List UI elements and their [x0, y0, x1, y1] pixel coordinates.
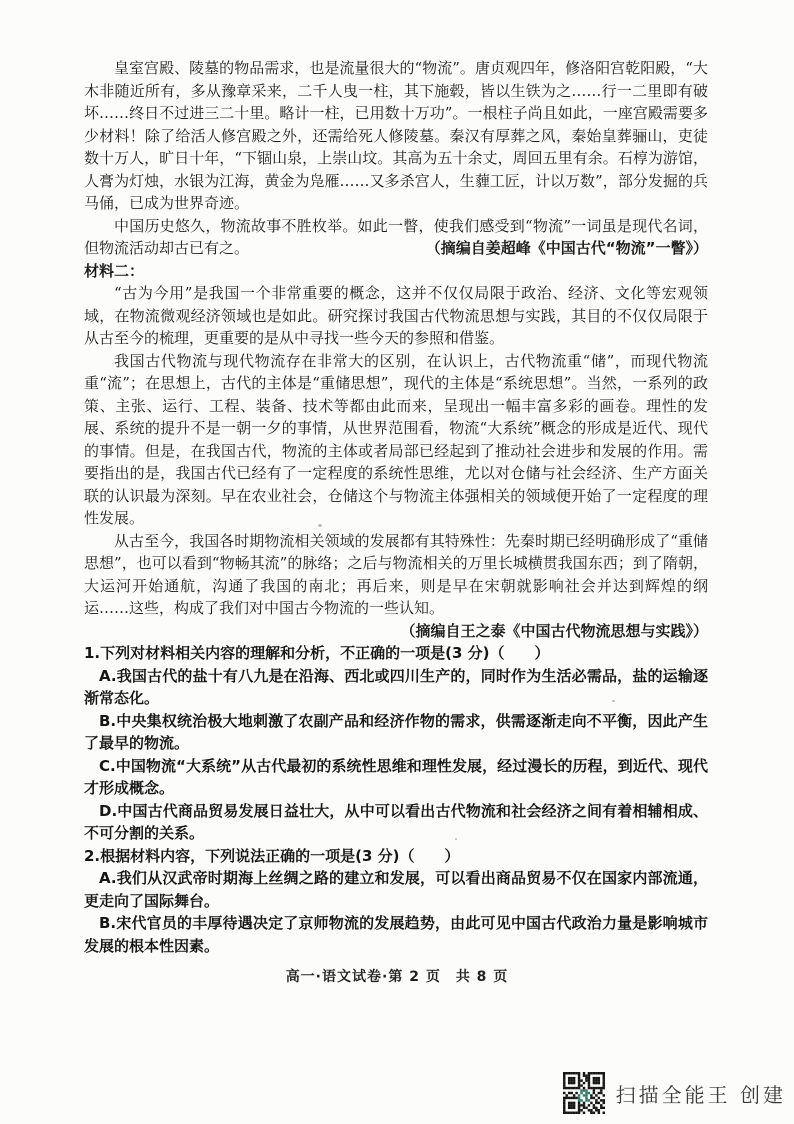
- scanner-credit-text: 扫描全能王 创建: [616, 1079, 786, 1108]
- question-2-option-a: A.我们从汉武帝时期海上丝绸之路的建立和发展，可以看出商品贸易不仅在国家内部流通…: [84, 867, 708, 912]
- question-1-stem: 1.下列对材料相关内容的理解和分析，不正确的一项是(3 分)（ ）: [84, 642, 708, 665]
- question-1-option-b: B.中央集权统治极大地刺激了农副产品和经济作物的需求，供需逐渐走向不平衡，因此产…: [84, 710, 708, 755]
- paragraph-text: 从古至今，我国各时期物流相关领域的发展都有其特殊性：先秦时期已经明确形成了“重储…: [84, 532, 708, 618]
- material2-attribution: （摘编自王之泰《中国古代物流思想与实践》）: [400, 620, 708, 643]
- scan-artifact: [627, 536, 630, 539]
- material1-attribution: （摘编自姜超峰《中国古代“物流”一瞥》）: [426, 237, 708, 260]
- exam-page: 皇室宫殿、陵墓的物品需求，也是流量很大的“物流”。唐贞观四年，修洛阳宫乾阳殿，“…: [0, 0, 794, 1124]
- material2-heading: 材料二：: [84, 260, 708, 283]
- scan-artifact: [612, 700, 615, 702]
- scan-artifact: [455, 838, 457, 840]
- scan-artifact: [318, 524, 322, 527]
- question-1-option-a: A.我国古代的盐十有八九是在沿海、西北或四川生产的，同时作为生活必需品，盐的运输…: [84, 665, 708, 710]
- page-footer: 高一·语文试卷·第 2 页 共 8 页: [0, 966, 794, 986]
- question-2-option-b: B.宋代官员的丰厚待遇决定了京师物流的发展趋势，由此可见中国古代政治力量是影响城…: [84, 912, 708, 957]
- material2-paragraph-2: 我国古代物流与现代物流存在非常大的区别，在认识上，古代物流重“储”，而现代物流重…: [84, 350, 708, 530]
- question-1-option-c: C.中国物流“大系统”从古代最初的系统性思维和理性发展，经过漫长的历程，到近代、…: [84, 755, 708, 800]
- scanner-credit: 扫描全能王 创建: [563, 1072, 786, 1114]
- exam-content: 皇室宫殿、陵墓的物品需求，也是流量很大的“物流”。唐贞观四年，修洛阳宫乾阳殿，“…: [84, 57, 708, 957]
- material2-paragraph-3: 从古至今，我国各时期物流相关领域的发展都有其特殊性：先秦时期已经明确形成了“重储…: [84, 530, 708, 643]
- material1-paragraph-1: 皇室宫殿、陵墓的物品需求，也是流量很大的“物流”。唐贞观四年，修洛阳宫乾阳殿，“…: [84, 57, 708, 215]
- qr-code-icon: [563, 1072, 605, 1114]
- question-2-stem: 2.根据材料内容，下列说法正确的一项是(3 分)（ ）: [84, 845, 708, 868]
- material1-paragraph-2: 中国历史悠久，物流故事不胜枚举。如此一瞥，使我们感受到“物流”一词虽是现代名词，…: [84, 215, 708, 260]
- question-1-option-d: D.中国古代商品贸易发展日益壮大，从中可以看出古代物流和社会经济之间有着相辅相成…: [84, 800, 708, 845]
- material2-paragraph-1: “古为今用”是我国一个非常重要的概念，这并不仅仅局限于政治、经济、文化等宏观领域…: [84, 282, 708, 350]
